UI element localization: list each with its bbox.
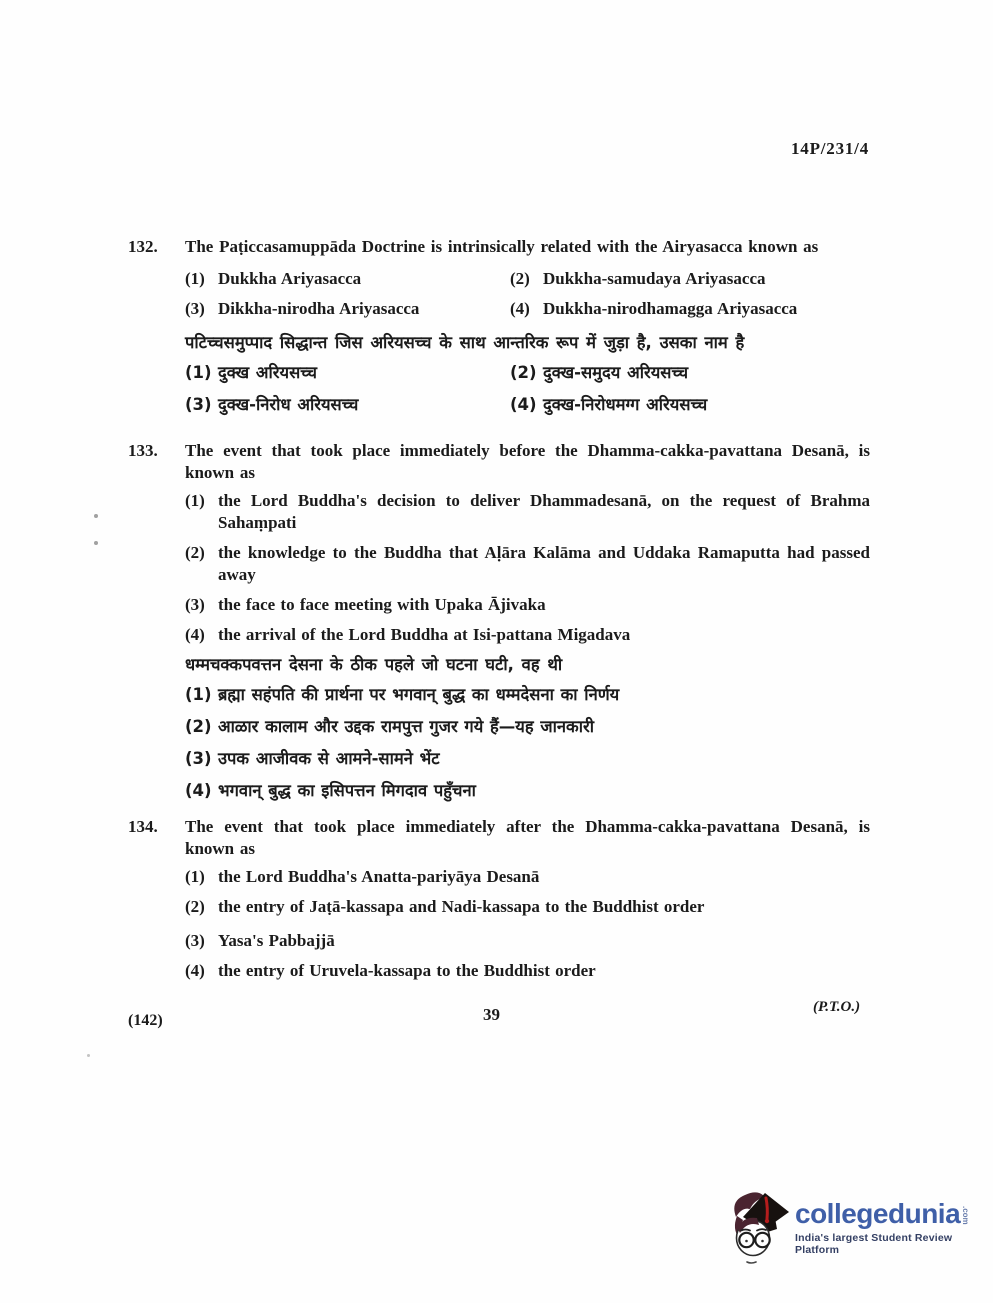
option-label: the entry of Jaṭā-kassapa and Nadi-kassa…	[218, 896, 870, 918]
option-number: (3)	[185, 394, 218, 416]
question-text-en: The event that took place immediately af…	[185, 816, 870, 860]
collegedunia-mascot-icon	[730, 1183, 790, 1272]
option-label: दुक्ख-निरोध अरियसच्च	[218, 394, 510, 416]
scan-speck	[87, 1054, 90, 1057]
question-text-en: The Paṭiccasamuppāda Doctrine is intrins…	[185, 236, 870, 258]
options-en: (1) the Lord Buddha's decision to delive…	[185, 490, 870, 646]
question-text-hi: धम्मचक्कपवत्तन देसना के ठीक पहले जो घटना…	[185, 654, 870, 676]
question-134: 134. The event that took place immediate…	[128, 816, 870, 982]
option: (4) भगवान् बुद्ध का इसिपत्तन मिगदाव पहुँ…	[185, 780, 870, 802]
option: (1) ब्रह्मा सहंपति की प्रार्थना पर भगवान…	[185, 684, 870, 706]
option: (2) the knowledge to the Buddha that Aḷā…	[185, 542, 870, 586]
footer-pto: (P.T.O.)	[813, 999, 860, 1016]
option-number: (2)	[510, 362, 543, 384]
scan-speck	[94, 541, 98, 545]
option-label: the Lord Buddha's decision to deliver Dh…	[218, 490, 870, 534]
option-number: (2)	[185, 542, 218, 586]
options-en: (1) Dukkha Ariyasacca (2) Dukkha-samuday…	[185, 268, 870, 320]
option-number: (4)	[510, 394, 543, 416]
footer-page-number: 39	[483, 1005, 500, 1025]
option: (3) उपक आजीवक से आमने-सामने भेंट	[185, 748, 870, 770]
option: (1) the Lord Buddha's decision to delive…	[185, 490, 870, 534]
option: (1) the Lord Buddha's Anatta-pariyāya De…	[185, 866, 870, 888]
option-number: (1)	[185, 684, 218, 706]
option-label: the entry of Uruvela-kassapa to the Budd…	[218, 960, 870, 982]
collegedunia-logo: collegedunia .com India's largest Studen…	[730, 1183, 993, 1272]
brand-tld: .com	[961, 1206, 969, 1225]
option-number: (3)	[185, 748, 218, 770]
question-text-hi: पटिच्चसमुप्पाद सिद्धान्त जिस अरियसच्च के…	[185, 332, 870, 354]
question-text-en: The event that took place immediately be…	[185, 440, 870, 484]
logo-text: collegedunia .com India's largest Studen…	[795, 1199, 993, 1256]
question-number: 134.	[128, 816, 185, 860]
options-en: (1) the Lord Buddha's Anatta-pariyāya De…	[185, 866, 870, 982]
exam-paper-page: 14P/231/4 132. The Paṭiccasamuppāda Doct…	[0, 0, 993, 1303]
option: (1) Dukkha Ariyasacca	[185, 268, 510, 290]
option-label: ब्रह्मा सहंपति की प्रार्थना पर भगवान् बु…	[218, 684, 870, 706]
option: (2) Dukkha-samudaya Ariyasacca	[510, 268, 870, 290]
questions-area: 132. The Paṭiccasamuppāda Doctrine is in…	[128, 236, 870, 990]
option-number: (1)	[185, 268, 218, 290]
option-label: भगवान् बुद्ध का इसिपत्तन मिगदाव पहुँचना	[218, 780, 870, 802]
option-label: आळार कालाम और उद्दक रामपुत्त गुजर गये है…	[218, 716, 870, 738]
options-hi: (1) दुक्ख अरियसच्च (2) दुक्ख-समुदय अरियस…	[185, 362, 870, 416]
question-132: 132. The Paṭiccasamuppāda Doctrine is in…	[128, 236, 870, 416]
option-number: (4)	[185, 624, 218, 646]
question-133: 133. The event that took place immediate…	[128, 440, 870, 802]
option-label: दुक्ख अरियसच्च	[218, 362, 510, 384]
option: (2) दुक्ख-समुदय अरियसच्च	[510, 362, 870, 384]
footer-booklet-code: (142)	[128, 1012, 163, 1030]
option-label: Dikkha-nirodha Ariyasacca	[218, 298, 510, 320]
option: (3) the face to face meeting with Upaka …	[185, 594, 870, 616]
option-label: दुक्ख-निरोधमग्ग अरियसच्च	[543, 394, 870, 416]
option-number: (2)	[185, 716, 218, 738]
question-number: 133.	[128, 440, 185, 484]
option-number: (4)	[510, 298, 543, 320]
option: (3) दुक्ख-निरोध अरियसच्च	[185, 394, 510, 416]
option: (3) Yasa's Pabbajjā	[185, 930, 870, 952]
brand-tagline: India's largest Student Review Platform	[795, 1232, 993, 1256]
option-number: (1)	[185, 362, 218, 384]
option-label: the Lord Buddha's Anatta-pariyāya Desanā	[218, 866, 870, 888]
option: (1) दुक्ख अरियसच्च	[185, 362, 510, 384]
option-label: the face to face meeting with Upaka Ājiv…	[218, 594, 870, 616]
question-number: 132.	[128, 236, 185, 258]
brand-name: collegedunia	[795, 1199, 960, 1229]
option-number: (3)	[185, 594, 218, 616]
option-label: Yasa's Pabbajjā	[218, 930, 870, 952]
option-number: (2)	[185, 896, 218, 918]
option: (4) the arrival of the Lord Buddha at Is…	[185, 624, 870, 646]
option-label: Dukkha Ariyasacca	[218, 268, 510, 290]
option: (2) the entry of Jaṭā-kassapa and Nadi-k…	[185, 896, 870, 918]
option-label: Dukkha-nirodhamagga Ariyasacca	[543, 298, 870, 320]
option: (2) आळार कालाम और उद्दक रामपुत्त गुजर गय…	[185, 716, 870, 738]
option-label: the knowledge to the Buddha that Aḷāra K…	[218, 542, 870, 586]
option: (4) Dukkha-nirodhamagga Ariyasacca	[510, 298, 870, 320]
paper-code: 14P/231/4	[791, 139, 869, 159]
option-number: (1)	[185, 866, 218, 888]
option-label: दुक्ख-समुदय अरियसच्च	[543, 362, 870, 384]
scan-speck	[94, 514, 98, 518]
options-hi: (1) ब्रह्मा सहंपति की प्रार्थना पर भगवान…	[185, 684, 870, 802]
option-number: (2)	[510, 268, 543, 290]
option: (3) Dikkha-nirodha Ariyasacca	[185, 298, 510, 320]
option-number: (4)	[185, 960, 218, 982]
option-number: (1)	[185, 490, 218, 534]
option-number: (3)	[185, 930, 218, 952]
option: (4) the entry of Uruvela-kassapa to the …	[185, 960, 870, 982]
option-label: उपक आजीवक से आमने-सामने भेंट	[218, 748, 870, 770]
option-number: (3)	[185, 298, 218, 320]
option: (4) दुक्ख-निरोधमग्ग अरियसच्च	[510, 394, 870, 416]
option-label: Dukkha-samudaya Ariyasacca	[543, 268, 870, 290]
option-number: (4)	[185, 780, 218, 802]
option-label: the arrival of the Lord Buddha at Isi-pa…	[218, 624, 870, 646]
